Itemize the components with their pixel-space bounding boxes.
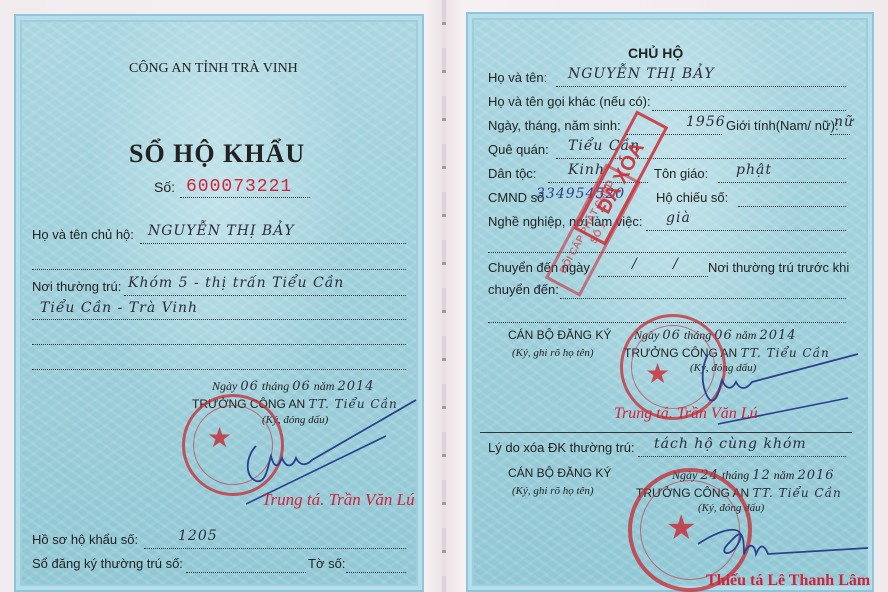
owner-label: Họ và tên chủ hộ:: [32, 227, 134, 242]
binding-stitches: [442, 0, 446, 592]
section-heading: CHỦ HỘ: [628, 45, 683, 61]
residence-label: Nơi thường trú:: [32, 279, 121, 294]
moved-value: / /: [632, 256, 679, 272]
signer-name: Trung tá. Trần Văn Lú: [262, 490, 415, 510]
ethnicity-label: Dân tộc:: [488, 166, 536, 181]
passport-label: Hộ chiếu số:: [656, 190, 728, 205]
household-book-spread: CÔNG AN TỈNH TRÀ VINH SỔ HỘ KHẨU Số: 600…: [0, 0, 888, 592]
issue-date: Ngày 06 tháng 06 năm 2014: [212, 379, 375, 394]
book-number: 600073221: [186, 177, 292, 197]
officer-label-2: CÁN BỘ ĐĂNG KÝ: [508, 466, 611, 480]
dob-value: 1956: [686, 114, 726, 130]
signer-name-1: Trung tá. Trần Văn Lú: [614, 405, 758, 423]
officer-note: (Ký, ghi rõ họ tên): [512, 347, 594, 359]
officer-label: CÁN BỘ ĐĂNG KÝ: [508, 328, 611, 342]
delete-reason-value: tách hộ cùng khóm: [654, 436, 807, 452]
job-value: già: [666, 210, 691, 226]
file-number-label: Hồ sơ hộ khẩu số:: [32, 532, 138, 547]
owner-name: NGUYỄN THỊ BẢY: [148, 223, 295, 239]
register-label: Sổ đăng ký thường trú số:: [32, 556, 183, 571]
name-label: Họ và tên:: [488, 70, 547, 85]
religion-value: phật: [736, 162, 772, 178]
residence-line-2: Tiểu Cần - Trà Vinh: [40, 300, 198, 316]
prev-residence-label: Nơi thường trú trước khi: [708, 260, 849, 275]
document-title: SỔ HỘ KHẨU: [129, 139, 305, 169]
delete-reason-label: Lý do xóa ĐK thường trú:: [488, 440, 635, 455]
issuing-authority: CÔNG AN TỈNH TRÀ VINH: [129, 61, 298, 77]
name-value: NGUYỄN THỊ BẢY: [568, 66, 715, 82]
alias-label: Họ và tên gọi khác (nếu có):: [488, 94, 651, 109]
religion-label: Tôn giáo:: [654, 166, 708, 181]
signer-name-2: Thiếu tá Lê Thanh Lâm: [706, 572, 870, 590]
gender-value: nữ: [834, 114, 854, 130]
number-label: Số:: [154, 179, 175, 195]
gender-label: Giới tính(Nam/ nữ):: [726, 118, 839, 133]
sheet-label: Tờ số:: [308, 556, 345, 571]
right-page: CHỦ HỘ Họ và tên: NGUYỄN THỊ BẢY Họ và t…: [466, 12, 874, 592]
prev-residence-label-2: chuyển đến:: [488, 282, 559, 297]
dob-label: Ngày, tháng, năm sinh:: [488, 118, 621, 133]
file-number: 1205: [178, 528, 218, 544]
hometown-label: Quê quán:: [488, 142, 549, 157]
left-page: CÔNG AN TỈNH TRÀ VINH SỔ HỘ KHẨU Số: 600…: [14, 14, 424, 592]
officer-note-2: (Ký, ghi rõ họ tên): [512, 485, 594, 497]
residence-line-1: Khóm 5 - thị trấn Tiểu Cần: [128, 275, 344, 291]
section-divider: [480, 432, 852, 433]
